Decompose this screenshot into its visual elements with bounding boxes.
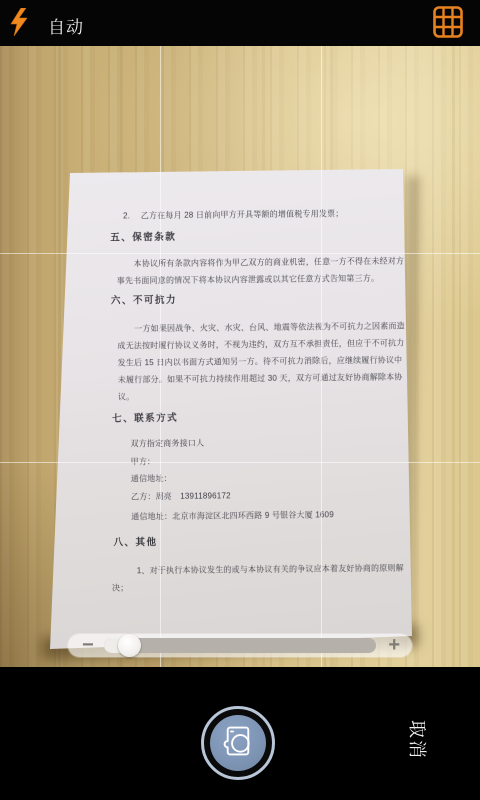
- zoom-out-minus-icon[interactable]: −: [82, 634, 94, 657]
- zoom-in-plus-icon[interactable]: +: [388, 634, 400, 657]
- camera-top-bar: 自动: [0, 0, 480, 46]
- grid-line-vertical-2: [321, 46, 322, 667]
- zoom-slider-thumb[interactable]: [118, 634, 141, 657]
- document-line: 八、其他: [111, 531, 403, 552]
- camera-viewfinder[interactable]: 2. 乙方在每月 28 日前向甲方开具等额的增值税专用发票；五、保密条款本协议所…: [0, 46, 480, 667]
- shutter-button-inner: [210, 715, 266, 771]
- camera-bottom-bar: 取消: [0, 667, 480, 800]
- wood-grain: [452, 46, 455, 667]
- document-line: 六、不可抗力: [109, 289, 401, 310]
- grid-overlay-button[interactable]: [432, 7, 464, 41]
- document-paper: 2. 乙方在每月 28 日前向甲方开具等额的增值税专用发票；五、保密条款本协议所…: [50, 168, 414, 652]
- grid-line-vertical-1: [160, 46, 161, 667]
- flash-bolt-icon: [7, 8, 31, 41]
- document-line: 五、保密条款: [108, 226, 400, 247]
- flash-mode-label[interactable]: 自动: [48, 13, 84, 38]
- document-line: 1、对于执行本协议发生的或与本协议有关的争议应本着友好协商的原则解: [112, 559, 404, 579]
- zoom-slider[interactable]: − +: [68, 634, 412, 657]
- document-line: 决；: [112, 576, 404, 596]
- document-lines: 2. 乙方在每月 28 日前向甲方开具等额的增值税专用发票；五、保密条款本协议所…: [108, 204, 404, 596]
- shutter-button[interactable]: [201, 706, 275, 780]
- zoom-slider-track[interactable]: [104, 638, 376, 653]
- document-line: 乙方：周亮 13911896172: [111, 485, 403, 506]
- grid-overlay-icon: [433, 6, 463, 43]
- document-line: 2. 乙方在每月 28 日前向甲方开具等额的增值税专用发票；: [108, 204, 400, 224]
- cancel-button[interactable]: 取消: [405, 720, 431, 760]
- flash-button[interactable]: [2, 8, 36, 40]
- grid-line-horizontal-2: [0, 462, 480, 463]
- grid-line-horizontal-1: [0, 253, 480, 254]
- document-line: 未履行部分。如果不可抗力持续作用超过 30 天，双方可通过友好协商解除本协: [110, 368, 402, 388]
- document-line: 事先书面同意的情况下将本协议内容泄露或以其它任意方式告知第三方。: [109, 269, 401, 289]
- camera-shutter-icon: [219, 721, 257, 766]
- document-line: 议。: [110, 385, 402, 405]
- document-line: 七、联系方式: [110, 407, 402, 428]
- document-line: 通信地址：北京市海淀区北四环西路 9 号银谷大厦 1609: [111, 505, 403, 526]
